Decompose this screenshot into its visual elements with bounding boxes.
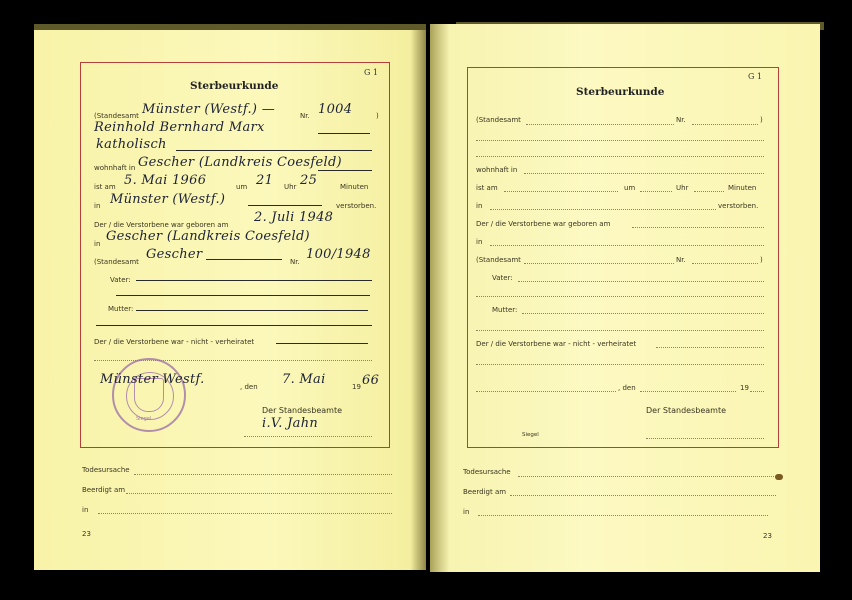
signature-field[interactable] <box>646 438 764 439</box>
cause-of-death-field[interactable] <box>518 476 776 477</box>
label-beerdigt-am: Beerdigt am <box>463 488 506 496</box>
label-geboren: Der / die Verstorbene war geboren am <box>94 221 228 229</box>
label-mutter: Mutter: <box>492 306 517 314</box>
burial-date-field[interactable] <box>510 495 776 496</box>
label-close-paren: ) <box>760 116 763 124</box>
burial-date-line <box>126 493 392 494</box>
name-line <box>318 133 370 134</box>
father-field-2[interactable] <box>476 296 764 297</box>
death-date-field[interactable] <box>504 191 618 192</box>
handwritten-religion: katholisch <box>96 137 167 152</box>
mother-field[interactable] <box>522 313 764 314</box>
handwritten-birth-date: 2. Juli 1948 <box>254 210 333 225</box>
mother-field-2[interactable] <box>476 330 764 331</box>
label-mutter: Mutter: <box>108 305 133 313</box>
label-in-2: in <box>94 240 100 248</box>
handwritten-birth-nr: 100/1948 <box>306 247 371 262</box>
label-year-prefix: 19 <box>352 383 361 391</box>
handwritten-birth-standesamt: Gescher <box>146 247 202 262</box>
marital-field-2[interactable] <box>476 364 764 365</box>
label-wohnhaft-in: wohnhaft in <box>476 166 517 174</box>
label-todesursache: Todesursache <box>82 466 130 474</box>
birth-standesamt-field[interactable] <box>524 263 674 264</box>
label-beerdigt-am: Beerdigt am <box>82 486 125 494</box>
label-minuten: Minuten <box>340 183 368 191</box>
standesamt-field[interactable] <box>526 124 674 125</box>
father-line <box>136 280 372 281</box>
residence-line <box>318 170 372 171</box>
page-number: 23 <box>82 530 91 538</box>
birth-standesamt-line <box>206 259 282 260</box>
certificate-title: Sterbeurkunde <box>190 80 278 92</box>
label-verstorben: verstorben. <box>336 202 376 210</box>
label-close-paren: ) <box>376 112 379 120</box>
label-nr-2: Nr. <box>290 258 300 266</box>
paper-stain-mark <box>775 474 783 480</box>
label-close-paren-2: ) <box>760 256 763 264</box>
seal-label: Siegel <box>136 416 151 422</box>
label-in-2: in <box>476 238 482 246</box>
label-siegel: Siegel <box>522 432 539 438</box>
issue-place-field[interactable] <box>476 391 616 392</box>
label-uhr: Uhr <box>284 183 296 191</box>
name-field-2[interactable] <box>476 156 764 157</box>
handwritten-issue-day: 7. Mai <box>282 372 326 387</box>
death-place-line <box>248 205 322 206</box>
burial-place-field[interactable] <box>478 515 768 516</box>
label-in: in <box>476 202 482 210</box>
handwritten-signature: i.V. Jahn <box>262 416 318 431</box>
birth-place-field[interactable] <box>490 245 764 246</box>
religion-line <box>176 150 372 151</box>
form-code: G 1 <box>364 68 378 77</box>
handwritten-minutes: 25 <box>300 173 317 188</box>
handwritten-place-of-death: Münster (Westf.) <box>110 192 225 207</box>
burial-place-line <box>98 513 392 514</box>
label-nr: Nr. <box>300 112 310 120</box>
handwritten-birth-place: Gescher (Landkreis Coesfeld) <box>106 229 310 244</box>
handwritten-issue-place: Münster Westf. <box>100 372 205 387</box>
label-vater: Vater: <box>110 276 131 284</box>
label-in: in <box>94 202 100 210</box>
issue-year-field[interactable] <box>750 391 764 392</box>
marital-field[interactable] <box>656 347 764 348</box>
label-nr: Nr. <box>676 116 686 124</box>
label-verheiratet: Der / die Verstorbene war - nicht - verh… <box>94 338 254 346</box>
father-line-2 <box>116 295 370 296</box>
label-standesamt-2: (Standesamt <box>476 256 521 264</box>
label-den: , den <box>240 383 258 391</box>
handwritten-death-date: 5. Mai 1966 <box>124 173 206 188</box>
minutes-field[interactable] <box>694 191 724 192</box>
father-field[interactable] <box>518 281 764 282</box>
label-standesbeamte: Der Standesbeamte <box>646 406 726 415</box>
label-todesursache: Todesursache <box>463 468 511 476</box>
label-in-3: in <box>82 506 88 514</box>
nr-field[interactable] <box>692 124 758 125</box>
label-vater: Vater: <box>492 274 513 282</box>
handwritten-issue-year: 66 <box>362 373 379 388</box>
residence-field[interactable] <box>524 173 764 174</box>
official-seal-stamp: Siegel <box>112 358 186 432</box>
hour-field[interactable] <box>640 191 672 192</box>
handwritten-hour: 21 <box>256 173 273 188</box>
handwritten-nr: 1004 <box>318 102 352 117</box>
page-number: 23 <box>763 532 772 540</box>
death-place-field[interactable] <box>490 209 716 210</box>
label-year-prefix: 19 <box>740 384 749 392</box>
label-verstorben: verstorben. <box>718 202 758 210</box>
label-uhr: Uhr <box>676 184 688 192</box>
label-standesamt: (Standesamt <box>476 116 521 124</box>
label-standesamt: (Standesamt <box>94 112 139 120</box>
label-um: um <box>624 184 635 192</box>
form-code: G 1 <box>748 72 762 81</box>
issue-date-field[interactable] <box>640 391 736 392</box>
label-nr-2: Nr. <box>676 256 686 264</box>
handwritten-residence: Gescher (Landkreis Coesfeld) <box>138 155 342 170</box>
handwritten-name: Reinhold Bernhard Marx <box>94 120 265 135</box>
label-ist-am: ist am <box>476 184 498 192</box>
label-standesbeamte: Der Standesbeamte <box>262 406 342 415</box>
handwritten-standesamt: Münster (Westf.) — <box>142 102 275 117</box>
label-geboren: Der / die Verstorbene war geboren am <box>476 220 610 228</box>
label-um: um <box>236 183 247 191</box>
certificate-title: Sterbeurkunde <box>576 86 664 98</box>
label-den: , den <box>618 384 636 392</box>
birth-date-field[interactable] <box>632 227 764 228</box>
label-wohnhaft-in: wohnhaft in <box>94 164 135 172</box>
label-ist-am: ist am <box>94 183 116 191</box>
mother-line-2 <box>96 325 372 326</box>
label-standesamt-2: (Standesamt <box>94 258 139 266</box>
name-field[interactable] <box>476 140 764 141</box>
label-verheiratet: Der / die Verstorbene war - nicht - verh… <box>476 340 636 348</box>
birth-nr-field[interactable] <box>692 263 758 264</box>
signature-dotted-line <box>244 436 372 437</box>
label-minuten: Minuten <box>728 184 756 192</box>
marital-line <box>276 343 368 344</box>
label-in-3: in <box>463 508 469 516</box>
mother-line <box>136 310 368 311</box>
cause-of-death-line <box>134 474 392 475</box>
